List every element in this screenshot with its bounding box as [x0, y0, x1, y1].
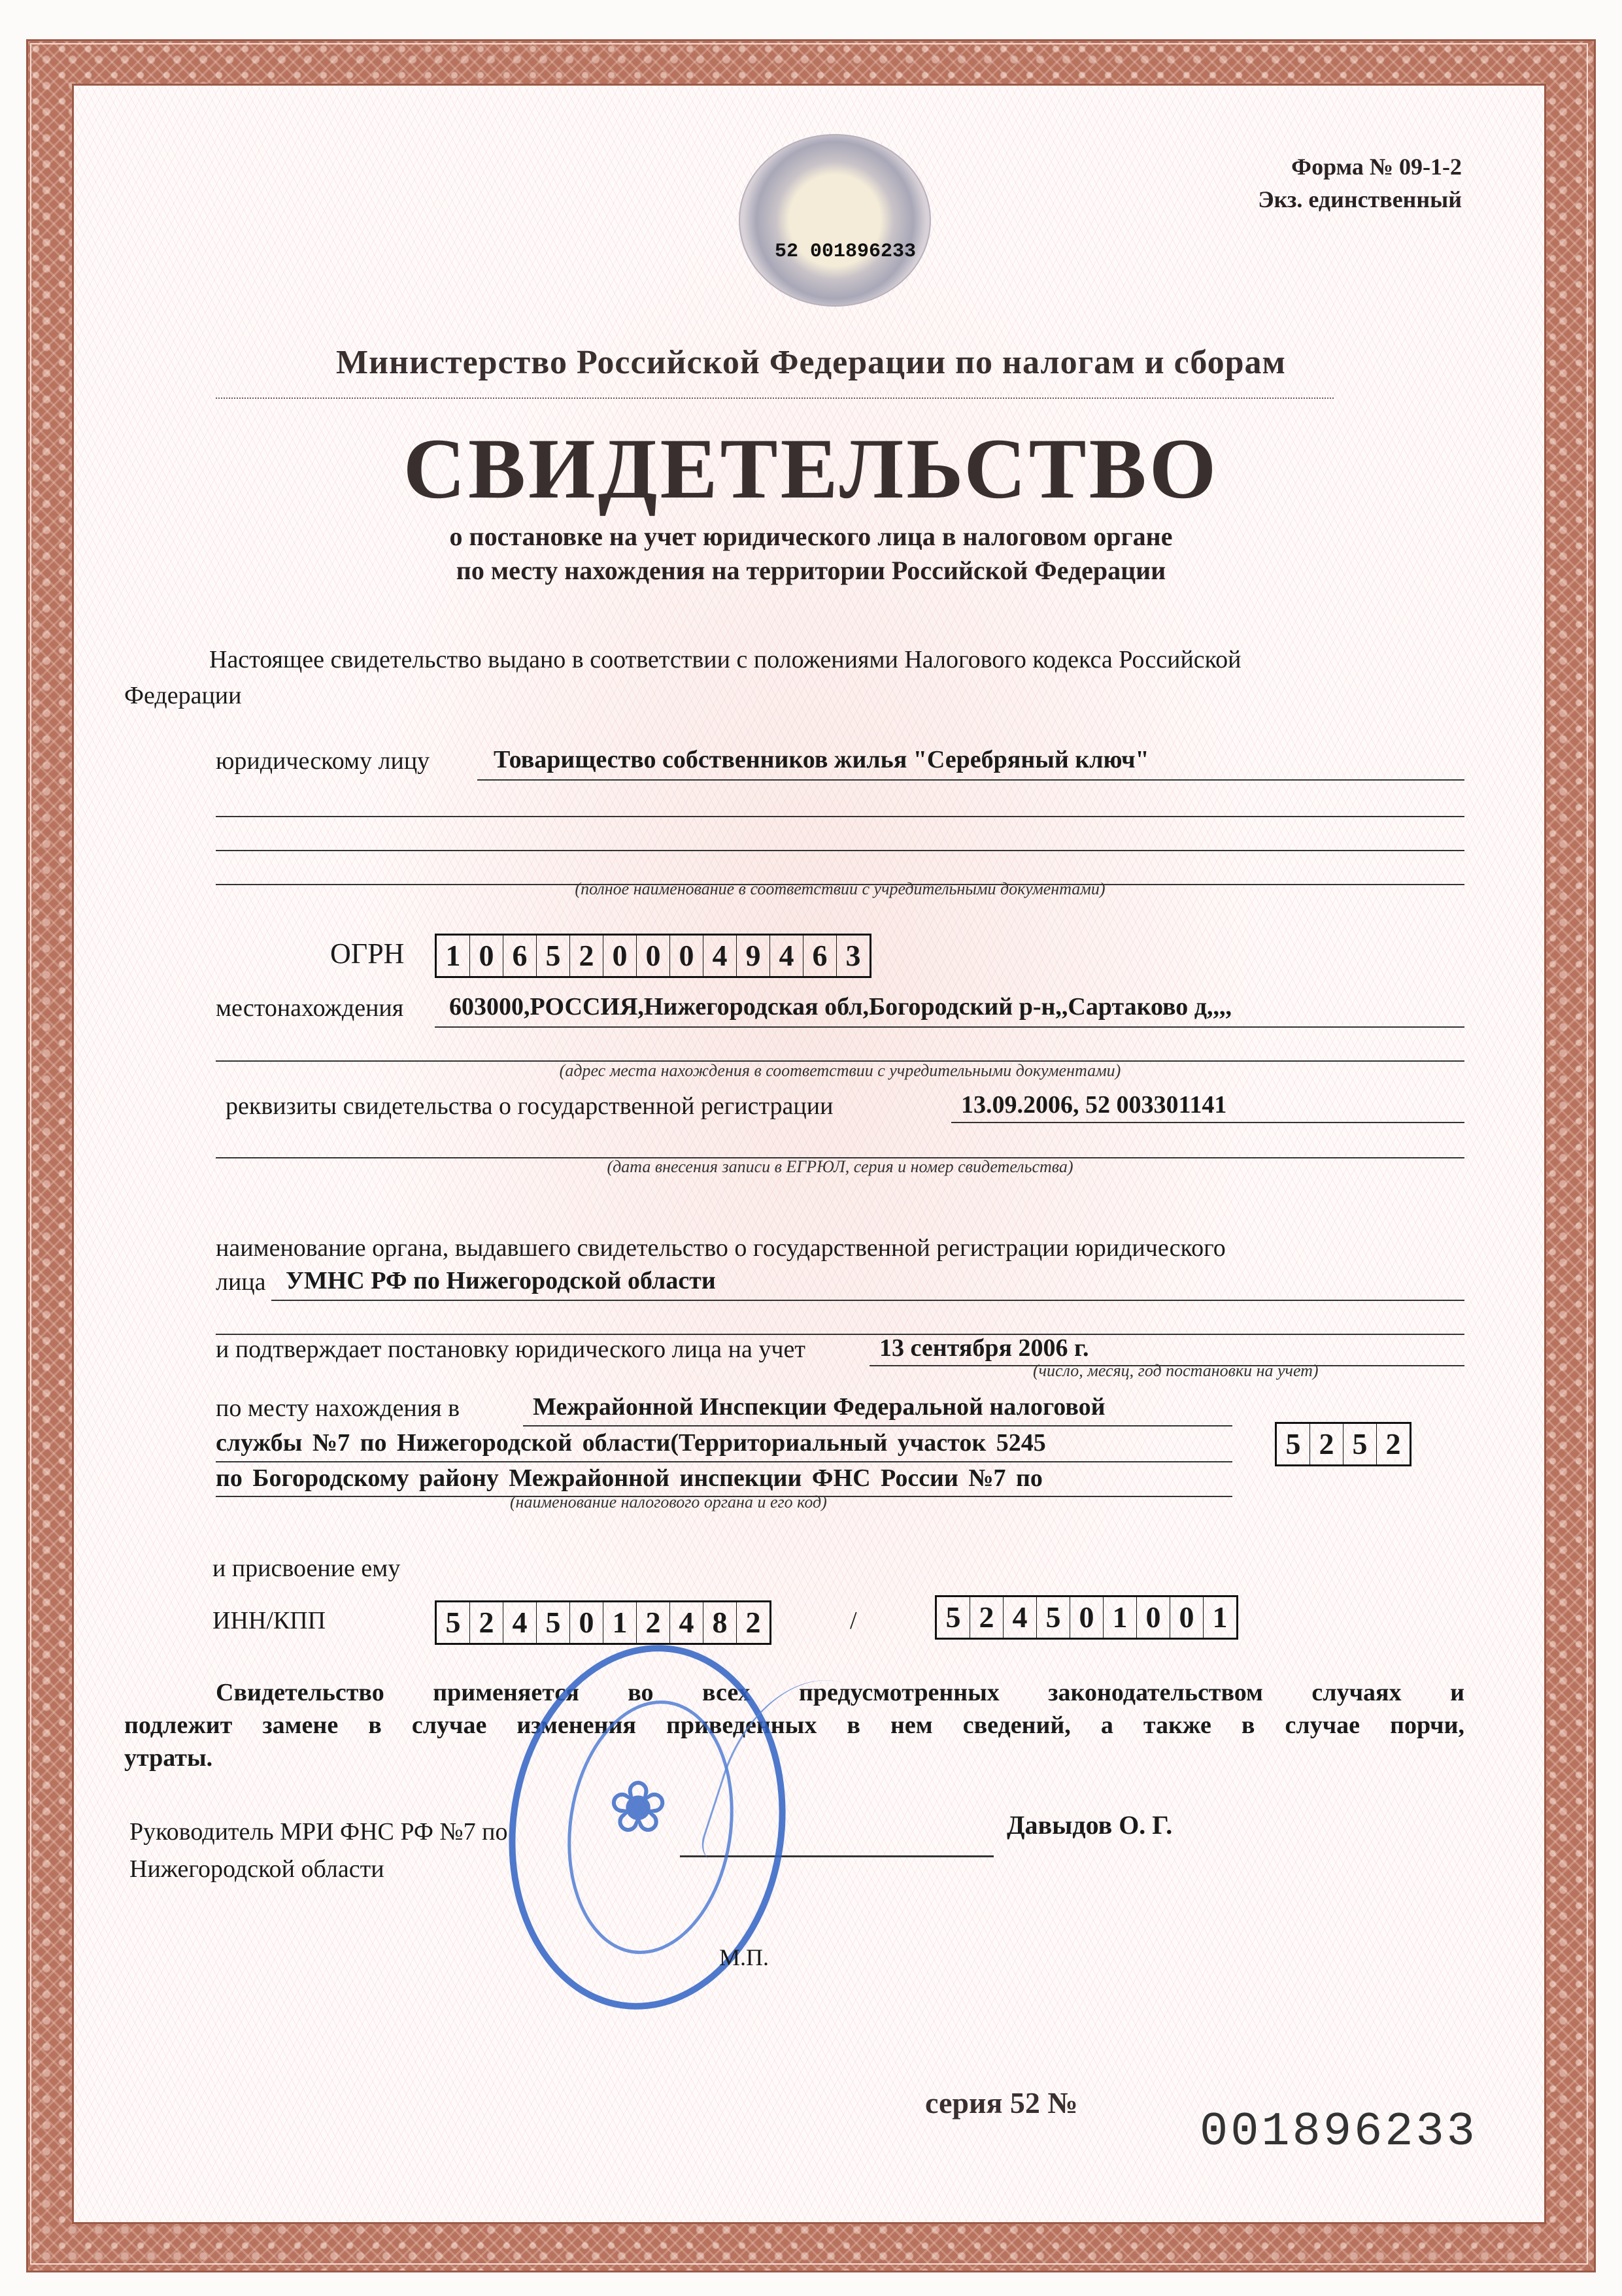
- ministry-name: Министерство Российской Федерации по нал…: [0, 343, 1622, 382]
- ogrn-digit: 2: [570, 936, 603, 976]
- ogrn-digit: 6: [803, 936, 837, 976]
- inn-digit: 4: [503, 1602, 537, 1643]
- hologram-number: 52 001896233: [775, 241, 916, 263]
- inn-digit: 2: [470, 1602, 503, 1643]
- tax-office-code-digit: 5: [1343, 1424, 1377, 1464]
- signatory-position-line-1: Руководитель МРИ ФНС РФ №7 по: [129, 1816, 507, 1848]
- tax-office-line-1: Межрайонной Инспекции Федеральной налого…: [533, 1391, 1105, 1423]
- inn-digit: 5: [437, 1602, 470, 1643]
- issuer-value: УМНС РФ по Нижегородской области: [286, 1265, 716, 1296]
- entity-label: юридическому лицу: [216, 745, 430, 777]
- tax-office-code-digit: 5: [1277, 1424, 1310, 1464]
- inn-digit: 4: [670, 1602, 703, 1643]
- ogrn-digit: 5: [537, 936, 570, 976]
- tax-office-caption: (наименование налогового органа и его ко…: [510, 1493, 827, 1512]
- ogrn-digit: 4: [703, 936, 737, 976]
- serial-label: серия 52 №: [925, 2085, 1078, 2120]
- tax-office-line-3: по Богородскому району Межрайонной инспе…: [216, 1462, 1043, 1494]
- tax-office-label: по месту нахождения в: [216, 1393, 460, 1424]
- inn-digit: 2: [637, 1602, 670, 1643]
- kpp-digit: 1: [1104, 1597, 1137, 1638]
- ogrn-boxes: 1065200049463: [435, 934, 871, 978]
- entity-rule-1: [477, 779, 1464, 781]
- address-label: местонахождения: [216, 992, 403, 1024]
- ogrn-digit: 0: [637, 936, 670, 976]
- tax-office-rule-1: [523, 1425, 1232, 1427]
- kpp-digit: 0: [1137, 1597, 1170, 1638]
- hologram-seal-icon: [739, 134, 931, 307]
- ogrn-digit: 6: [503, 936, 537, 976]
- confirmation-label: и подтверждает постановку юридического л…: [216, 1334, 805, 1365]
- form-number-block: Форма № 09-1-2 Экз. единственный: [1258, 150, 1462, 216]
- address-caption: (адрес места нахождения в соответствии с…: [216, 1061, 1464, 1081]
- tax-office-code-boxes: 5252: [1275, 1422, 1411, 1466]
- tax-office-code-digit: 2: [1377, 1424, 1410, 1464]
- inn-digit: 0: [570, 1602, 603, 1643]
- address-value: 603000,РОССИЯ,Нижегородская обл,Богородс…: [449, 991, 1232, 1022]
- document-subtitle: о постановке на учет юридического лица в…: [0, 520, 1622, 588]
- registration-label: реквизиты свидетельства о государственно…: [226, 1090, 833, 1122]
- inn-kpp-separator: /: [850, 1605, 857, 1636]
- validity-line-3: утраты.: [124, 1742, 212, 1774]
- confirmation-date: 13 сентября 2006 г.: [879, 1332, 1089, 1364]
- coat-of-arms-eagle-icon: ❀: [608, 1765, 668, 1849]
- ministry-divider: [216, 397, 1334, 399]
- ogrn-digit: 0: [603, 936, 637, 976]
- kpp-digit: 1: [1204, 1597, 1236, 1638]
- intro-line-1: Настоящее свидетельство выдано в соответ…: [209, 644, 1242, 675]
- assignment-label: и присвоение ему: [212, 1553, 400, 1584]
- tax-office-line-2: службы №7 по Нижегородской области(Терри…: [216, 1427, 1046, 1459]
- kpp-digit: 0: [1070, 1597, 1104, 1638]
- entity-rule-3: [216, 850, 1464, 851]
- confirmation-caption: (число, месяц, год постановки на учет): [1033, 1361, 1319, 1381]
- entity-name: Товарищество собственников жилья "Серебр…: [494, 744, 1149, 775]
- registration-caption: (дата внесения записи в ЕГРЮЛ, серия и н…: [216, 1157, 1464, 1177]
- seal-label: М.П.: [719, 1942, 769, 1973]
- registration-rule-1: [951, 1122, 1464, 1123]
- ogrn-digit: 3: [837, 936, 870, 976]
- entity-rule-2: [216, 816, 1464, 817]
- ogrn-digit: 4: [770, 936, 803, 976]
- subtitle-line-1: о постановке на учет юридического лица в…: [0, 520, 1622, 554]
- ogrn-digit: 1: [437, 936, 470, 976]
- inn-digit: 1: [603, 1602, 637, 1643]
- address-rule-1: [435, 1026, 1464, 1028]
- ogrn-digit: 0: [470, 936, 503, 976]
- kpp-digit: 4: [1004, 1597, 1037, 1638]
- ogrn-digit: 9: [737, 936, 770, 976]
- inn-digit: 5: [537, 1602, 570, 1643]
- signatory-position-line-2: Нижегородской области: [129, 1853, 384, 1885]
- ogrn-digit: 0: [670, 936, 703, 976]
- issuer-label-line-1: наименование органа, выдавшего свидетель…: [216, 1232, 1226, 1264]
- ogrn-label: ОГРН: [330, 938, 404, 970]
- signatory-name: Давыдов О. Г.: [1007, 1810, 1172, 1841]
- kpp-digit: 2: [970, 1597, 1004, 1638]
- entity-caption: (полное наименование в соответствии с уч…: [216, 879, 1464, 899]
- issuer-rule-1: [271, 1300, 1464, 1301]
- registration-value: 13.09.2006, 52 003301141: [961, 1089, 1226, 1121]
- serial-number: 001896233: [1200, 2105, 1478, 2159]
- inn-digit: 2: [737, 1602, 769, 1643]
- kpp-digit: 5: [937, 1597, 970, 1638]
- copy-note: Экз. единственный: [1258, 183, 1462, 216]
- certificate-paper: [72, 84, 1546, 2224]
- inn-boxes: 5245012482: [435, 1600, 771, 1645]
- form-number: Форма № 09-1-2: [1258, 150, 1462, 183]
- kpp-digit: 5: [1037, 1597, 1070, 1638]
- kpp-boxes: 524501001: [935, 1595, 1238, 1640]
- subtitle-line-2: по месту нахождения на территории Россий…: [0, 554, 1622, 588]
- tax-office-code-digit: 2: [1310, 1424, 1343, 1464]
- inn-digit: 8: [703, 1602, 737, 1643]
- document-title: СВИДЕТЕЛЬСТВО: [0, 418, 1622, 518]
- inn-kpp-label: ИНН/КПП: [212, 1605, 326, 1636]
- intro-line-2: Федерации: [124, 680, 241, 711]
- issuer-label-line-2: лица: [216, 1266, 266, 1298]
- kpp-digit: 0: [1170, 1597, 1204, 1638]
